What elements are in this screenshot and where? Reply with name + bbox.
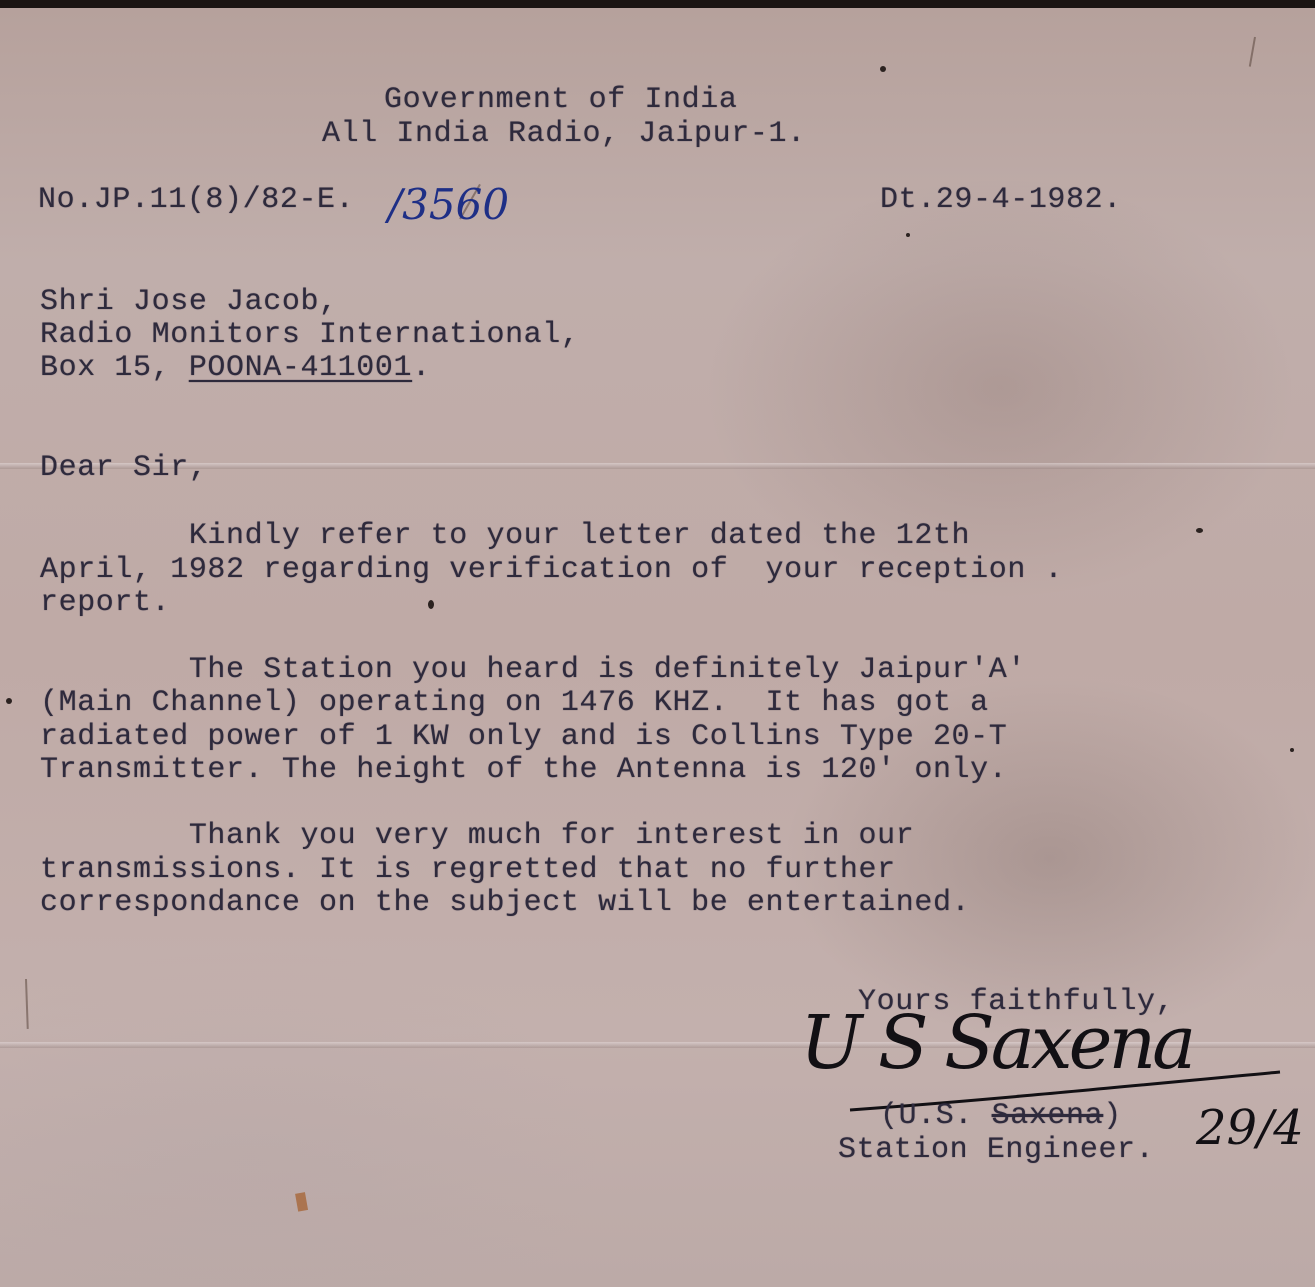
paragraph-line: transmissions. It is regretted that no f…: [40, 854, 896, 888]
paragraph-line: The Station you heard is definitely Jaip…: [40, 654, 1026, 688]
paper-speck: [6, 698, 12, 704]
signatory-name-struck: Saxena: [992, 1099, 1104, 1133]
paragraph-line: Transmitter. The height of the Antenna i…: [40, 754, 1007, 788]
addressee-address: Box 15, POONA-411001.: [40, 352, 431, 386]
paragraph-line: Kindly refer to your letter dated the 12…: [40, 520, 970, 554]
address-box: Box 15,: [40, 351, 189, 385]
addressee-name: Shri Jose Jacob,: [40, 286, 338, 320]
salutation: Dear Sir,: [40, 452, 207, 486]
signatory-title: Station Engineer.: [838, 1134, 1154, 1168]
letterhead-line-1: Government of India: [384, 84, 737, 118]
reference-number: No.JP.11(8)/82-E.: [38, 184, 354, 218]
letterhead-line-2: All India Radio, Jaipur-1.: [322, 118, 806, 152]
signatory-name-open: (U.S.: [880, 1099, 992, 1133]
addressee-organization: Radio Monitors International,: [40, 319, 580, 353]
paragraph-line: radiated power of 1 KW only and is Colli…: [40, 721, 1007, 755]
paragraph-line: report.: [40, 587, 170, 621]
paragraph-line: correspondance on the subject will be en…: [40, 887, 970, 921]
paper-speck: [906, 233, 910, 237]
paper-fiber: [1249, 37, 1256, 67]
handwritten-date: 29/4: [1196, 1100, 1304, 1156]
paper-speck: [1290, 748, 1294, 752]
signatory-name: (U.S. Saxena): [880, 1100, 1122, 1134]
paper-speck: [880, 66, 886, 72]
paper-stain: [295, 1192, 308, 1211]
paper-speck: [1196, 528, 1203, 533]
paragraph-line: April, 1982 regarding verification of yo…: [40, 554, 1063, 588]
address-city: POONA-411001: [189, 351, 412, 385]
letter-date: Dt.29-4-1982.: [880, 184, 1122, 218]
handwritten-reference-number: /3560: [388, 180, 509, 229]
signatory-name-close: ): [1103, 1099, 1122, 1133]
address-suffix: .: [412, 351, 431, 385]
paragraph-line: (Main Channel) operating on 1476 KHZ. It…: [40, 687, 989, 721]
paper-fiber: [25, 979, 29, 1029]
paragraph-line: Thank you very much for interest in our: [40, 820, 914, 854]
paper-speck: [428, 600, 434, 609]
